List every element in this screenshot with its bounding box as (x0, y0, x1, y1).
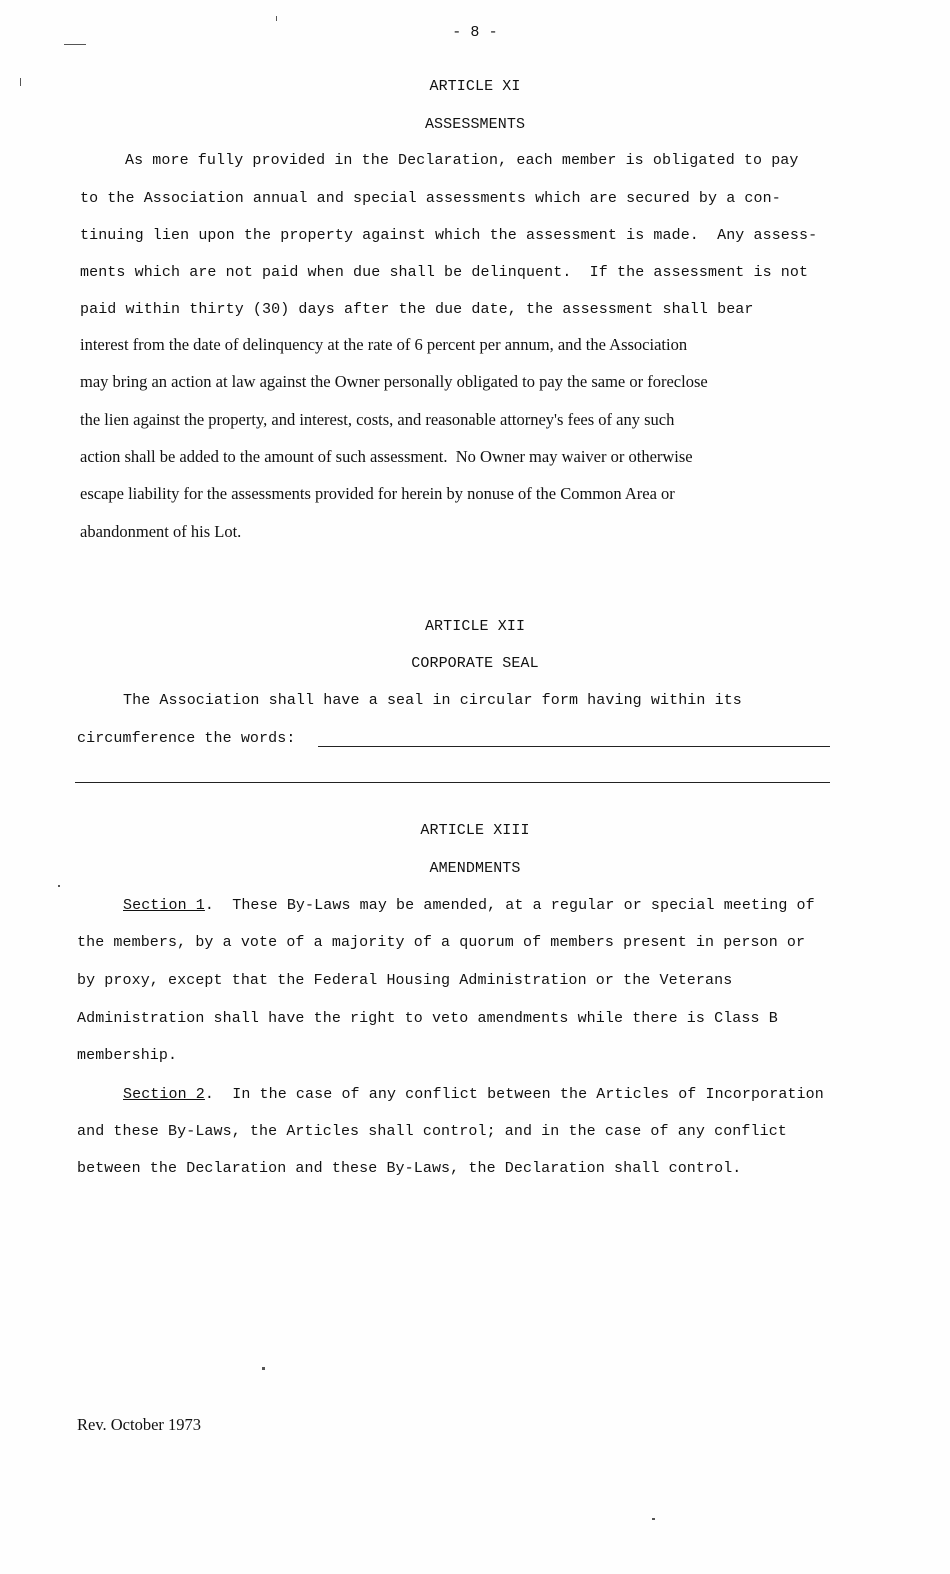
text-line: As more fully provided in the Declaratio… (125, 152, 799, 170)
text-line: between the Declaration and these By-Law… (77, 1160, 741, 1178)
document-page: - 8 - ARTICLE XI ASSESSMENTS As more ful… (0, 0, 950, 1574)
text-line: membership. (77, 1047, 177, 1065)
scan-artifact (276, 16, 277, 21)
article-xi-heading: ARTICLE XI (0, 78, 950, 96)
section-1-label: Section 1 (123, 897, 205, 914)
text-line: . In the case of any conflict between th… (205, 1086, 824, 1103)
section-1-first-line: Section 1. These By-Laws may be amended,… (123, 897, 815, 915)
text-line: ments which are not paid when due shall … (80, 264, 808, 282)
scan-artifact (64, 44, 86, 45)
text-line: may bring an action at law against the O… (80, 373, 708, 391)
text-line: tinuing lien upon the property against w… (80, 227, 817, 245)
revision-date: Rev. October 1973 (77, 1416, 201, 1434)
text-line: by proxy, except that the Federal Housin… (77, 972, 732, 990)
text-line: paid within thirty (30) days after the d… (80, 301, 754, 319)
text-line: Administration shall have the right to v… (77, 1010, 778, 1028)
article-xiii-heading: ARTICLE XIII (0, 822, 950, 840)
text-line: action shall be added to the amount of s… (80, 448, 693, 466)
page-number: - 8 - (0, 24, 950, 42)
article-xiii-title: AMENDMENTS (0, 860, 950, 878)
seal-words-blank-line-2 (75, 782, 830, 783)
scan-artifact (652, 1518, 655, 1520)
article-xi-title: ASSESSMENTS (0, 116, 950, 134)
seal-words-blank-line (318, 746, 830, 747)
text-line: the lien against the property, and inter… (80, 411, 674, 429)
text-line: . These By-Laws may be amended, at a reg… (205, 897, 815, 914)
text-line: escape liability for the assessments pro… (80, 485, 675, 503)
text-line: interest from the date of delinquency at… (80, 336, 687, 354)
article-xii-title: CORPORATE SEAL (0, 655, 950, 673)
text-line: to the Association annual and special as… (80, 190, 781, 208)
text-line: abandonment of his Lot. (80, 523, 241, 541)
text-line: circumference the words: (77, 730, 295, 748)
scan-artifact (20, 78, 21, 86)
section-2-label: Section 2 (123, 1086, 205, 1103)
article-xii-heading: ARTICLE XII (0, 618, 950, 636)
scan-artifact (58, 885, 60, 887)
section-2-first-line: Section 2. In the case of any conflict b… (123, 1086, 824, 1104)
scan-artifact (262, 1367, 265, 1370)
text-line: and these By-Laws, the Articles shall co… (77, 1123, 787, 1141)
text-line: the members, by a vote of a majority of … (77, 934, 805, 952)
text-line: The Association shall have a seal in cir… (123, 692, 742, 710)
